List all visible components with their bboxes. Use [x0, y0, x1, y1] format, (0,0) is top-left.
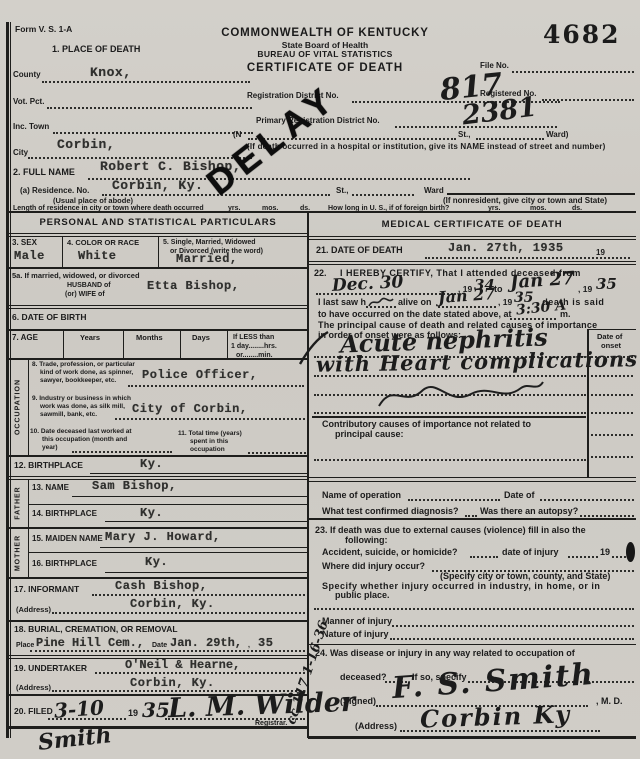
nature-injury-label: Nature of injury [322, 630, 389, 639]
father-birthplace-value: Ky. [140, 507, 163, 520]
city-value: Corbin, [57, 138, 115, 152]
physician-signature: F. S. Smith [391, 659, 596, 705]
last-worked-line [72, 451, 172, 453]
total-time-label-3: occupation [190, 447, 225, 454]
scan-artifact [626, 542, 635, 562]
cause-line-4 [314, 412, 586, 414]
autopsy-line [580, 515, 634, 517]
hour-m-label: m. [560, 310, 571, 319]
last-saw-line0 [366, 306, 396, 308]
industry-label-1: 9. Industry or business in which [32, 396, 131, 403]
registered-no-label: Registered No. [480, 90, 536, 98]
test-line [465, 515, 477, 517]
signed-label: (Signed) [340, 697, 376, 706]
last-saw-date: Jan 27 [437, 286, 495, 307]
industry-label-2: work was done, as silk mill, [40, 404, 125, 411]
cause-value-2: with Heart complications [316, 348, 638, 376]
age-less-label-2: 1 day........hrs. [231, 343, 277, 350]
injury-year-pre: 19 [600, 548, 610, 557]
marital-label-1: 5. Single, Married, Widowed [163, 239, 256, 246]
spouse-value: Etta Bishop, [147, 280, 239, 293]
mos-label-2: mos. [530, 205, 546, 212]
burial-comma: , [248, 642, 250, 649]
cell-divider [158, 236, 159, 267]
rule [8, 476, 307, 477]
age-months-label: Months [136, 334, 163, 342]
father-name-label: 13. NAME [32, 484, 69, 492]
full-name-label: 2. FULL NAME [13, 168, 75, 177]
operation-line [408, 499, 500, 501]
street-note-line2 [476, 138, 544, 140]
last-saw-text-2: alive on [398, 298, 432, 307]
last-worked-label-2: this occupation (month and [42, 437, 127, 444]
mother-side-label: MOTHER [14, 535, 21, 571]
residence-value: Corbin, Ky. [112, 179, 203, 193]
value-line [72, 496, 307, 497]
vot-pct-line [47, 107, 252, 109]
rule [8, 358, 307, 360]
age-less-label-1: If LESS than [233, 334, 274, 341]
attended-to-year: 35 [596, 277, 617, 293]
spouse-label-2: HUSBAND of [67, 282, 111, 289]
rule [28, 552, 307, 553]
informant-address-line [52, 612, 305, 614]
onset-line [591, 412, 633, 414]
burial-place-label: Place [16, 642, 34, 649]
filed-year-pre: 19 [128, 709, 138, 718]
mos-label-1: mos. [262, 205, 278, 212]
informant-address-label: (Address) [16, 606, 51, 614]
trade-label-2: kind of work done, as spinner, [40, 370, 133, 377]
undertaker-label: 19. UNDERTAKER [14, 664, 87, 673]
rule [308, 518, 636, 520]
rule [8, 620, 307, 622]
marital-value: Married, [176, 253, 238, 266]
accident-line [470, 556, 498, 558]
cell-divider [62, 236, 63, 267]
last-worked-label-1: 10. Date deceased last worked at [30, 429, 132, 436]
value-line [90, 473, 307, 474]
father-side-label: FATHER [14, 486, 21, 519]
filed-line1 [48, 718, 126, 720]
value-line [105, 521, 307, 522]
contributory-text-2: principal cause: [335, 430, 404, 439]
yrs-label-1: yrs. [228, 205, 240, 212]
rule [312, 416, 586, 418]
onset-line [591, 356, 633, 358]
industry-value: City of Corbin, [132, 403, 248, 416]
burial-date-label: Date [152, 642, 167, 649]
age-label: 7. AGE [12, 334, 38, 342]
county-line [42, 81, 250, 83]
autopsy-label: Was there an autopsy? [480, 507, 578, 516]
burial-year-value: 35 [258, 637, 273, 650]
onset-line [591, 434, 633, 436]
hospital-note: (If death occurred in a hospital or inst… [247, 143, 605, 151]
manner-injury-label: Manner of injury [322, 617, 392, 626]
burial-place-value: Pine Hill Cem., [36, 637, 144, 650]
dob-label: 6. DATE OF BIRTH [12, 313, 86, 322]
yrs-label-2: yrs. [488, 205, 500, 212]
nonresident-note: (If nonresident, give city or town and S… [443, 197, 607, 205]
file-no-line [512, 71, 634, 73]
onset-label-2: onset [601, 342, 621, 350]
occurred-text: to have occurred on the date stated abov… [318, 310, 512, 319]
ds-label-1: ds. [300, 205, 310, 212]
cause-line-2 [314, 375, 586, 377]
date-of-death-value: Jan. 27th, 1935 [448, 242, 564, 255]
ds-label-2: ds. [572, 205, 582, 212]
last-saw-year-pre: , 19 [498, 298, 512, 307]
mother-birthplace-value: Ky. [145, 556, 168, 569]
filed-label: 20. FILED [14, 707, 53, 716]
commonwealth-title: COMMONWEALTH OF KENTUCKY [190, 27, 460, 39]
onset-line [591, 375, 633, 377]
spouse-label-1: 5a. If married, widowed, or divorced [12, 272, 140, 280]
residence-ward-line [447, 193, 635, 195]
burial-line [30, 650, 305, 652]
rule [308, 477, 636, 478]
rule [8, 267, 307, 269]
length-residence-note: Length of residence in city or town wher… [13, 205, 204, 212]
attended-from-value: Dec. 30 [332, 274, 404, 296]
deceased-label: deceased? [340, 673, 387, 682]
onset-line [591, 456, 633, 458]
residence-st-label: St., [336, 187, 348, 195]
onset-box-left [587, 329, 589, 478]
rule [8, 233, 307, 234]
undertaker-address-value: Corbin, Ky. [130, 677, 215, 690]
age-days-label: Days [192, 334, 210, 342]
attended-to-year-pre: , 19 [578, 285, 592, 294]
trade-line [128, 385, 304, 387]
mother-name-label: 15. MAIDEN NAME [32, 535, 103, 543]
rule [308, 644, 636, 645]
onset-box-top [587, 329, 636, 330]
race-label: 4. COLOR OR RACE [67, 239, 139, 247]
undertaker-address-label: (Address) [16, 684, 51, 692]
cell-divider [227, 330, 228, 358]
residence-label: (a) Residence. No. [20, 187, 89, 195]
age-years-label: Years [80, 334, 100, 342]
inc-town-label: Inc. Town [13, 123, 49, 131]
informant-value: Cash Bishop, [115, 580, 207, 593]
external-causes-text-2: following: [345, 536, 388, 545]
street-note-ward: Ward) [546, 131, 568, 139]
rule [8, 308, 307, 309]
injury-date-label: date of injury [502, 548, 559, 557]
left-edge-bar [6, 22, 9, 738]
physician-address-value: Corbin Ky [420, 701, 572, 731]
rule [8, 655, 307, 656]
trade-label-3: sawyer, bookkeeper, etc. [40, 378, 116, 385]
operation-date-label: Date of [504, 491, 535, 500]
father-birthplace-label: 14. BIRTHPLACE [32, 510, 97, 518]
rule [8, 305, 307, 306]
residence-ward-label: Ward [424, 187, 444, 195]
certify-number: 22. [314, 269, 327, 278]
total-time-line [248, 452, 306, 454]
birthplace-value: Ky. [140, 458, 163, 471]
occupation-side-label: OCCUPATION [14, 379, 21, 435]
total-time-label-1: 11. Total time (years) [178, 431, 242, 438]
physician-address-label: (Address) [355, 722, 397, 731]
operation-date-line [540, 499, 634, 501]
left-edge-bar-thin [10, 22, 11, 738]
value-line [100, 547, 307, 548]
certificate-title: CERTIFICATE OF DEATH [190, 62, 460, 74]
industry-line [115, 418, 305, 420]
value-line [105, 572, 307, 573]
undertaker-line [95, 672, 305, 674]
county-value: Knox, [90, 66, 132, 80]
scrawl-illegible [375, 378, 545, 408]
rule [28, 504, 307, 505]
foreign-birth-note: How long in U. S., if of foreign birth? [328, 205, 449, 212]
rule [308, 236, 636, 237]
residence-st-line [352, 194, 414, 196]
occupation-related-text: 24. Was disease or injury in any way rel… [315, 649, 575, 658]
date-of-death-year-pre: 19 [596, 249, 605, 257]
md-label: , M. D. [596, 697, 623, 706]
undertaker-value: O'Neil & Hearne, [125, 659, 240, 672]
mother-birthplace-label: 16. BIRTHPLACE [32, 560, 97, 568]
operation-label: Name of operation [322, 491, 401, 500]
rule [308, 264, 636, 265]
rule [308, 261, 636, 262]
form-number: Form V. S. 1-A [15, 25, 72, 34]
place-of-death-label: 1. PLACE OF DEATH [52, 45, 140, 54]
rule [8, 527, 307, 529]
county-label: County [13, 71, 41, 79]
burial-date-value: Jan. 29th, [170, 637, 242, 650]
stray-signature: Smith [37, 724, 113, 755]
abode-note: (Usual place of abode) [53, 197, 133, 205]
cell-divider [123, 330, 124, 358]
nature-injury-line [390, 638, 634, 640]
date-of-death-label: 21. DATE OF DEATH [316, 246, 403, 255]
street-note-st: St., [458, 131, 470, 139]
sex-label: 3. SEX [12, 239, 37, 247]
city-label: City [13, 149, 28, 157]
cell-divider [63, 330, 64, 358]
medical-certificate-title: MEDICAL CERTIFICATE OF DEATH [308, 220, 636, 230]
sex-value: Male [14, 250, 45, 263]
manner-injury-line [392, 625, 634, 627]
file-no-label: File No. [480, 62, 509, 70]
birthplace-label: 12. BIRTHPLACE [14, 461, 83, 470]
last-saw-text-1: I last saw h [318, 298, 366, 307]
last-worked-label-3: year) [42, 445, 58, 452]
certificate-number: 4682 [543, 22, 621, 48]
father-name-value: Sam Bishop, [92, 480, 177, 493]
industry-label-3: sawmill, bank, etc. [40, 412, 97, 419]
informant-line [92, 594, 305, 596]
rule [308, 481, 636, 482]
rule [308, 239, 636, 240]
inc-town-line [53, 132, 253, 134]
mother-name-value: Mary J. Howard, [105, 531, 221, 544]
informant-label: 17. INFORMANT [14, 585, 79, 594]
personal-particulars-title: PERSONAL AND STATISTICAL PARTICULARS [8, 218, 308, 228]
rule [308, 736, 636, 739]
informant-address-value: Corbin, Ky. [130, 598, 215, 611]
vot-pct-label: Vot. Pct. [13, 98, 44, 106]
contributory-line [314, 459, 586, 461]
blank-line [314, 608, 634, 610]
onset-label-1: Date of [597, 333, 622, 341]
cell-divider [28, 479, 29, 578]
rule [8, 329, 307, 331]
registered-no-line [542, 99, 634, 101]
test-label: What test confirmed diagnosis? [322, 507, 459, 516]
specify-text-2: public place. [335, 591, 390, 600]
cell-divider [180, 330, 181, 358]
bureau-title: BUREAU OF VITAL STATISTICS [190, 50, 460, 59]
spouse-label-3: (or) WIFE of [65, 291, 105, 298]
cell-divider [28, 358, 29, 455]
onset-line [591, 394, 633, 396]
total-time-label-2: spent in this [190, 439, 228, 446]
trade-value: Police Officer, [142, 369, 258, 382]
injury-date-line [568, 556, 598, 558]
burial-label: 18. BURIAL, CREMATION, OR REMOVAL [14, 625, 178, 634]
trade-label-1: 8. Trade, profession, or particular [32, 362, 135, 369]
race-value: White [78, 250, 117, 263]
where-injury-label: Where did injury occur? [322, 562, 425, 571]
accident-label: Accident, suicide, or homicide? [322, 548, 458, 557]
